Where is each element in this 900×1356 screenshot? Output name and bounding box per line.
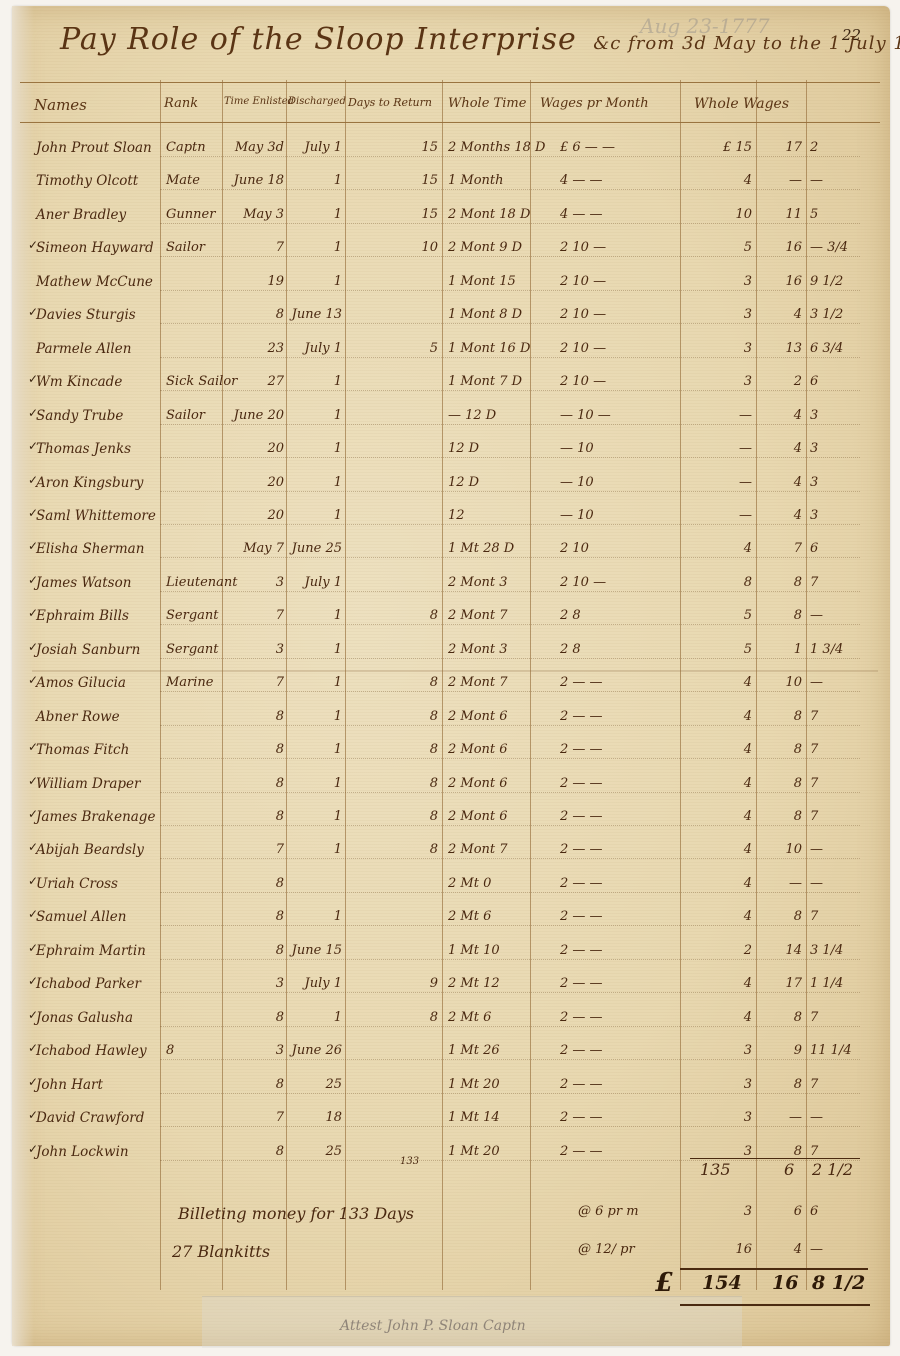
wages-per-month: £ 6 — — — [560, 140, 615, 155]
dotted-leader — [160, 658, 860, 659]
dotted-leader — [160, 223, 860, 224]
discharged: 1 — [290, 642, 342, 657]
dotted-leader — [160, 624, 860, 625]
table-row: ✓Ichabod Hawley83June 261 Mt 262 — —3911… — [0, 1037, 900, 1067]
whole-time: 1 Mont 16 D — [448, 341, 530, 356]
time-enlisted: June 18 — [226, 173, 284, 188]
extra-row-blankets: 27 Blankitts @ 12/ pr 16 4 — — [0, 1236, 900, 1266]
wages-per-month: 2 — — — [560, 943, 603, 958]
wages-pence: 3 1/4 — [810, 943, 858, 958]
whole-time: 2 Mt 6 — [448, 1010, 491, 1025]
wages-shillings: 4 — [762, 475, 802, 490]
whole-time: 1 Mt 14 — [448, 1110, 500, 1125]
whole-time: 2 Mont 6 — [448, 709, 508, 724]
table-row: ✓Thomas Jenks20112 D— 10—43 — [0, 435, 900, 465]
dotted-leader — [160, 825, 860, 826]
person-name: Ichabod Parker — [36, 976, 141, 992]
wages-pounds: 3 — [690, 274, 752, 289]
time-enlisted: May 7 — [226, 541, 284, 556]
person-name: Davies Sturgis — [36, 307, 136, 323]
wages-per-month: 2 10 — — [560, 274, 606, 289]
person-name: Ephraim Martin — [36, 943, 146, 959]
dotted-leader — [160, 424, 860, 425]
extra-pence: 6 — [810, 1204, 858, 1219]
pound-sign: £ — [655, 1268, 673, 1298]
time-enlisted: 7 — [226, 240, 284, 255]
person-name: Ephraim Bills — [36, 608, 129, 624]
table-row: ✓Thomas Fitch8182 Mont 62 — —487 — [0, 736, 900, 766]
wages-shillings: — — [762, 173, 802, 188]
wages-shillings: 8 — [762, 776, 802, 791]
rank: Marine — [166, 675, 214, 690]
wages-pence: 3 — [810, 408, 858, 423]
person-name: Josiah Sanburn — [36, 642, 140, 658]
wages-pence: 3 1/2 — [810, 307, 858, 322]
wages-pence: 7 — [810, 709, 858, 724]
extra-label: 27 Blankitts — [172, 1242, 270, 1261]
wages-shillings: 8 — [762, 575, 802, 590]
wages-shillings: 10 — [762, 842, 802, 857]
whole-time: 1 Month — [448, 173, 504, 188]
wages-per-month: 2 — — — [560, 1110, 603, 1125]
person-name: Samuel Allen — [36, 909, 126, 925]
extra-shillings: 6 — [762, 1204, 802, 1219]
wages-shillings: 2 — [762, 374, 802, 389]
rank: Captn — [166, 140, 206, 155]
header-whole-wages: Whole Wages — [694, 96, 789, 112]
person-name: Timothy Olcott — [36, 173, 138, 189]
whole-time: 2 Months 18 D — [448, 140, 545, 155]
wages-pounds: 4 — [690, 776, 752, 791]
title-date-range: &c from 3d May to the 1 July 1777 — [593, 33, 900, 54]
time-enlisted: 8 — [226, 742, 284, 757]
whole-time: 1 Mont 8 D — [448, 307, 522, 322]
time-enlisted: 3 — [226, 642, 284, 657]
wages-pounds: 10 — [690, 207, 752, 222]
whole-time: 12 D — [448, 441, 479, 456]
rank: 8 — [166, 1043, 174, 1058]
discharged: 1 — [290, 173, 342, 188]
wages-pounds: 3 — [690, 1043, 752, 1058]
time-enlisted: 20 — [226, 441, 284, 456]
extra-pounds: 16 — [690, 1242, 752, 1257]
header-rank: Rank — [164, 96, 198, 111]
discharged: 1 — [290, 675, 342, 690]
discharged: 1 — [290, 742, 342, 757]
dotted-leader — [160, 557, 860, 558]
extra-pounds: 3 — [690, 1204, 752, 1219]
wages-pence: 7 — [810, 575, 858, 590]
wages-shillings: 4 — [762, 408, 802, 423]
days-to-return: 15 — [350, 173, 438, 188]
wages-per-month: 2 — — — [560, 709, 603, 724]
wages-pence: 7 — [810, 909, 858, 924]
time-enlisted: 8 — [226, 1144, 284, 1159]
attestation-signature: Attest John P. Sloan Captn — [340, 1318, 526, 1334]
extra-label: Billeting money for 133 Days — [178, 1204, 414, 1223]
whole-time: 2 Mt 0 — [448, 876, 491, 891]
days-to-return: 8 — [350, 742, 438, 757]
wages-shillings: 17 — [762, 140, 802, 155]
rank: Gunner — [166, 207, 215, 222]
wages-pence: 7 — [810, 776, 858, 791]
dotted-leader — [160, 156, 860, 157]
whole-time: 1 Mont 7 D — [448, 374, 522, 389]
table-row: Abner Rowe8182 Mont 62 — —487 — [0, 703, 900, 733]
rank: Sailor — [166, 240, 205, 255]
days-total: 133 — [400, 1156, 419, 1167]
time-enlisted: 8 — [226, 876, 284, 891]
wages-pence: — — [810, 842, 858, 857]
wages-shillings: 8 — [762, 1077, 802, 1092]
dotted-leader — [160, 959, 860, 960]
time-enlisted: May 3 — [226, 207, 284, 222]
whole-time: 12 — [448, 508, 465, 523]
wages-pence: — — [810, 608, 858, 623]
table-row: ✓John Lockwin8251 Mt 202 — —387 — [0, 1138, 900, 1168]
person-name: Thomas Fitch — [36, 742, 129, 758]
discharged: 1 — [290, 809, 342, 824]
wages-pounds: 3 — [690, 341, 752, 356]
wages-pounds: — — [690, 441, 752, 456]
time-enlisted: 8 — [226, 909, 284, 924]
discharged: July 1 — [290, 341, 342, 356]
wages-shillings: 8 — [762, 742, 802, 757]
person-name: John Hart — [36, 1077, 103, 1093]
wages-pounds: 2 — [690, 943, 752, 958]
extra-shillings: 4 — [762, 1242, 802, 1257]
wages-pounds: 4 — [690, 876, 752, 891]
wages-pence: 7 — [810, 1010, 858, 1025]
wages-pence: 2 — [810, 140, 858, 155]
dotted-leader — [160, 290, 860, 291]
wages-per-month: 2 — — — [560, 842, 603, 857]
table-row: Mathew McCune1911 Mont 152 10 —3169 1/2 — [0, 268, 900, 298]
wages-pounds: 3 — [690, 307, 752, 322]
person-name: Amos Gilucia — [36, 675, 126, 691]
wages-pence: 3 — [810, 441, 858, 456]
wages-per-month: — 10 — — [560, 408, 611, 423]
person-name: John Lockwin — [36, 1144, 129, 1160]
discharged: 1 — [290, 374, 342, 389]
grand-total-pence: 8 1/2 — [812, 1272, 865, 1294]
person-name: Saml Whittemore — [36, 508, 156, 524]
person-name: James Brakenage — [36, 809, 155, 825]
wages-per-month: 2 10 — — [560, 240, 606, 255]
table-row: ✓Ephraim BillsSergant7182 Mont 72 858— — [0, 602, 900, 632]
whole-time: 2 Mont 3 — [448, 642, 508, 657]
wages-pence: 3 — [810, 508, 858, 523]
person-name: Abner Rowe — [36, 709, 120, 725]
time-enlisted: 7 — [226, 842, 284, 857]
wages-per-month: 4 — — — [560, 173, 603, 188]
table-row: ✓Ichabod Parker3July 192 Mt 122 — —4171 … — [0, 970, 900, 1000]
table-row: ✓Saml Whittemore20112— 10—43 — [0, 502, 900, 532]
person-name: Thomas Jenks — [36, 441, 131, 457]
whole-time: 1 Mt 26 — [448, 1043, 500, 1058]
header-top-rule — [20, 82, 880, 83]
wages-pounds: 3 — [690, 1077, 752, 1092]
wages-pounds: 4 — [690, 976, 752, 991]
wages-pence: 7 — [810, 1144, 858, 1159]
wages-pence: 5 — [810, 207, 858, 222]
wages-shillings: 16 — [762, 274, 802, 289]
table-row: ✓James Brakenage8182 Mont 62 — —487 — [0, 803, 900, 833]
discharged: 1 — [290, 240, 342, 255]
wages-pounds: — — [690, 475, 752, 490]
wages-shillings: 14 — [762, 943, 802, 958]
time-enlisted: 7 — [226, 675, 284, 690]
rank: Sergant — [166, 642, 218, 657]
discharged: 1 — [290, 508, 342, 523]
time-enlisted: 8 — [226, 709, 284, 724]
wages-pounds: £ 15 — [690, 140, 752, 155]
wages-pounds: 4 — [690, 541, 752, 556]
dotted-leader — [160, 725, 860, 726]
dotted-leader — [160, 1126, 860, 1127]
person-name: Sandy Trube — [36, 408, 123, 424]
days-to-return: 8 — [350, 842, 438, 857]
wages-shillings: 16 — [762, 240, 802, 255]
person-name: Mathew McCune — [36, 274, 153, 290]
dotted-leader — [160, 892, 860, 893]
wages-pence: — — [810, 1110, 858, 1125]
wages-per-month: — 10 — [560, 475, 594, 490]
wages-pence: — — [810, 675, 858, 690]
person-name: Ichabod Hawley — [36, 1043, 147, 1059]
dotted-leader — [160, 189, 860, 190]
wages-pounds: 3 — [690, 1144, 752, 1159]
wages-pounds: 5 — [690, 642, 752, 657]
dotted-leader — [160, 323, 860, 324]
time-enlisted: 8 — [226, 943, 284, 958]
rank: Mate — [166, 173, 200, 188]
wages-shillings: 4 — [762, 441, 802, 456]
person-name: Elisha Sherman — [36, 541, 144, 557]
wages-pence: 6 — [810, 541, 858, 556]
wages-per-month: — 10 — [560, 508, 594, 523]
whole-time: 2 Mont 7 — [448, 842, 508, 857]
header-whole-time: Whole Time — [448, 96, 526, 111]
whole-time: 2 Mont 3 — [448, 575, 508, 590]
table-row: ✓Abijah Beardsly7182 Mont 72 — —410— — [0, 836, 900, 866]
whole-time: 2 Mont 9 D — [448, 240, 522, 255]
wages-shillings: 9 — [762, 1043, 802, 1058]
wages-pence: 6 — [810, 374, 858, 389]
days-to-return: 15 — [350, 207, 438, 222]
table-row: ✓Elisha ShermanMay 7June 251 Mt 28 D2 10… — [0, 535, 900, 565]
wages-shillings: 8 — [762, 909, 802, 924]
time-enlisted: 8 — [226, 776, 284, 791]
dotted-leader — [160, 357, 860, 358]
whole-time: 2 Mont 18 D — [448, 207, 530, 222]
table-row: Timothy OlcottMateJune 181151 Month4 — —… — [0, 167, 900, 197]
table-row: ✓David Crawford7181 Mt 142 — —3—— — [0, 1104, 900, 1134]
grand-total-bottom-rule — [680, 1304, 870, 1306]
discharged: July 1 — [290, 140, 342, 155]
dotted-leader — [160, 1160, 860, 1161]
subtotal-pence: 2 1/2 — [812, 1160, 853, 1179]
wages-per-month: 2 — — — [560, 809, 603, 824]
person-name: Jonas Galusha — [36, 1010, 133, 1026]
discharged: June 13 — [290, 307, 342, 322]
dotted-leader — [160, 457, 860, 458]
wages-per-month: 2 — — — [560, 1010, 603, 1025]
wages-shillings: 13 — [762, 341, 802, 356]
days-to-return: 8 — [350, 1010, 438, 1025]
wages-pence: 1 1/4 — [810, 976, 858, 991]
subtotal-pounds: 135 — [700, 1160, 731, 1179]
wages-pounds: 4 — [690, 809, 752, 824]
wages-pence: 7 — [810, 1077, 858, 1092]
whole-time: 2 Mont 6 — [448, 776, 508, 791]
dotted-leader — [160, 792, 860, 793]
discharged: 1 — [290, 274, 342, 289]
dotted-leader — [160, 858, 860, 859]
discharged: 1 — [290, 709, 342, 724]
table-row: ✓Samuel Allen812 Mt 62 — —487 — [0, 903, 900, 933]
wages-shillings: — — [762, 1110, 802, 1125]
table-row: ✓John Hart8251 Mt 202 — —387 — [0, 1071, 900, 1101]
whole-time: 1 Mt 10 — [448, 943, 500, 958]
time-enlisted: 8 — [226, 1010, 284, 1025]
wages-pounds: — — [690, 408, 752, 423]
days-to-return: 8 — [350, 809, 438, 824]
person-name: Abijah Beardsly — [36, 842, 144, 858]
whole-time: 1 Mt 28 D — [448, 541, 514, 556]
time-enlisted: 8 — [226, 307, 284, 322]
wages-pence: 11 1/4 — [810, 1043, 858, 1058]
discharged: 1 — [290, 842, 342, 857]
person-name: Wm Kincade — [36, 374, 122, 390]
dotted-leader — [160, 758, 860, 759]
person-name: James Watson — [36, 575, 131, 591]
wages-pence: — — [810, 173, 858, 188]
dotted-leader — [160, 256, 860, 257]
person-name: Aron Kingsbury — [36, 475, 143, 491]
discharged: 1 — [290, 207, 342, 222]
table-row: Parmele Allen23July 151 Mont 16 D2 10 —3… — [0, 335, 900, 365]
whole-time: — 12 D — [448, 408, 496, 423]
discharged: 1 — [290, 1010, 342, 1025]
wages-shillings: 8 — [762, 709, 802, 724]
table-row: ✓Aron Kingsbury20112 D— 10—43 — [0, 469, 900, 499]
whole-time: 2 Mont 6 — [448, 809, 508, 824]
header-names: Names — [34, 96, 87, 114]
wages-pounds: 4 — [690, 742, 752, 757]
discharged: 1 — [290, 608, 342, 623]
person-name: Uriah Cross — [36, 876, 118, 892]
wages-per-month: 2 10 — — [560, 374, 606, 389]
wages-per-month: 2 — — — [560, 876, 603, 891]
time-enlisted: June 20 — [226, 408, 284, 423]
person-name: Simeon Hayward — [36, 240, 154, 256]
time-enlisted: 8 — [226, 1077, 284, 1092]
wages-pounds: 4 — [690, 1010, 752, 1025]
wages-pounds: 4 — [690, 173, 752, 188]
wages-per-month: 2 — — — [560, 1043, 603, 1058]
table-row: ✓Sandy TrubeSailorJune 201— 12 D— 10 ——4… — [0, 402, 900, 432]
wages-per-month: 2 10 — [560, 541, 589, 556]
person-name: David Crawford — [36, 1110, 144, 1126]
person-name: Aner Bradley — [36, 207, 126, 223]
wages-shillings: 8 — [762, 809, 802, 824]
discharged: 1 — [290, 441, 342, 456]
wages-per-month: 2 — — — [560, 742, 603, 757]
discharged: 1 — [290, 475, 342, 490]
wages-per-month: — 10 — [560, 441, 594, 456]
table-row: ✓Uriah Cross82 Mt 02 — —4—— — [0, 870, 900, 900]
table-row: ✓Simeon HaywardSailor71102 Mont 9 D2 10 … — [0, 234, 900, 264]
days-to-return: 8 — [350, 709, 438, 724]
wages-pounds: 5 — [690, 240, 752, 255]
wages-shillings: — — [762, 876, 802, 891]
grand-total-shillings: 16 — [772, 1272, 798, 1294]
wages-per-month: 2 — — — [560, 675, 603, 690]
wages-shillings: 8 — [762, 1144, 802, 1159]
person-name: John Prout Sloan — [36, 140, 152, 156]
wages-shillings: 1 — [762, 642, 802, 657]
table-row: ✓Amos GiluciaMarine7182 Mont 72 — —410— — [0, 669, 900, 699]
grand-total-top-rule — [680, 1268, 868, 1270]
dotted-leader — [160, 1026, 860, 1027]
discharged: June 15 — [290, 943, 342, 958]
wages-per-month: 2 8 — [560, 608, 581, 623]
time-enlisted: 8 — [226, 809, 284, 824]
wages-per-month: 2 — — — [560, 909, 603, 924]
wages-pence: — — [810, 876, 858, 891]
wages-pence: 9 1/2 — [810, 274, 858, 289]
wages-shillings: 17 — [762, 976, 802, 991]
time-enlisted: May 3d — [226, 140, 284, 155]
wages-pence: 7 — [810, 742, 858, 757]
time-enlisted: 27 — [226, 374, 284, 389]
grand-total-pounds: 154 — [702, 1272, 742, 1294]
wages-pence: 6 3/4 — [810, 341, 858, 356]
table-row: ✓Josiah SanburnSergant312 Mont 32 8511 3… — [0, 636, 900, 666]
wages-pounds: 8 — [690, 575, 752, 590]
person-name: Parmele Allen — [36, 341, 131, 357]
time-enlisted: 20 — [226, 508, 284, 523]
days-to-return: 10 — [350, 240, 438, 255]
wages-shillings: 11 — [762, 207, 802, 222]
whole-time: 1 Mt 20 — [448, 1077, 500, 1092]
header-bottom-rule — [20, 122, 880, 123]
whole-time: 1 Mont 15 — [448, 274, 516, 289]
dotted-leader — [160, 691, 860, 692]
table-row: ✓Jonas Galusha8182 Mt 62 — —487 — [0, 1004, 900, 1034]
whole-time: 2 Mont 7 — [448, 608, 508, 623]
wages-pounds: 4 — [690, 909, 752, 924]
wages-per-month: 2 — — — [560, 1144, 603, 1159]
wages-pence: — 3/4 — [810, 240, 858, 255]
dotted-leader — [160, 591, 860, 592]
discharged: June 25 — [290, 541, 342, 556]
extra-pence: — — [810, 1242, 858, 1257]
wages-per-month: 2 — — — [560, 1077, 603, 1092]
wages-pounds: — — [690, 508, 752, 523]
header-days-to-return: Days to Return — [348, 96, 432, 109]
wages-pence: 1 3/4 — [810, 642, 858, 657]
discharged: 18 — [290, 1110, 342, 1125]
discharged: 1 — [290, 408, 342, 423]
table-row: ✓Ephraim Martin8June 151 Mt 102 — —2143 … — [0, 937, 900, 967]
whole-time: 12 D — [448, 475, 479, 490]
wages-shillings: 4 — [762, 508, 802, 523]
wages-per-month: 2 — — — [560, 776, 603, 791]
days-to-return: 8 — [350, 675, 438, 690]
dotted-leader — [160, 390, 860, 391]
